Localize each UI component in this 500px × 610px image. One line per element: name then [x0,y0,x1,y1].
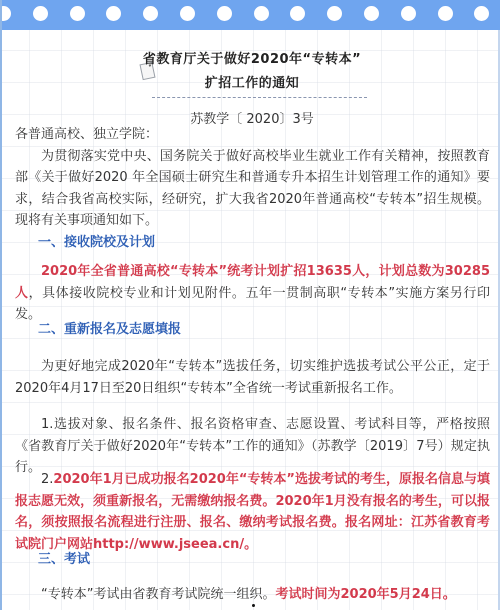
header-dot [474,6,489,21]
section-2-item-2: 2.2020年1月已成功报名2020年“专转本”选拔考试的考生，原报名信息与填报… [15,469,490,555]
salutation: 各普通高校、独立学院： [15,124,490,146]
header-dot [106,6,121,21]
title-line-1: 省教育厅关于做好2020年“专转本” [2,48,500,72]
section-2-paragraph-intro: 为更好地完成2020年“专转本”选拔任务，切实维护选拔考试公平公正，定于2020… [15,356,490,399]
section-heading-2: 二、重新报名及志愿填报 [38,320,181,340]
header-dot [217,6,232,21]
notice-page: 省教育厅关于做好2020年“专转本” 扩招工作的通知 苏教学〔 2020〕3号 … [0,0,500,610]
section-heading-3: 三、考试 [38,550,90,570]
header-dot [143,6,158,21]
header-dot [2,6,11,21]
header-dot [180,6,195,21]
notice-title: 省教育厅关于做好2020年“专转本” 扩招工作的通知 [2,48,500,96]
highlight-text: 考试时间为2020年5月24日。 [275,587,455,602]
item-prefix: 2. [41,472,53,487]
section-1-paragraph: 2020年全省普通高校“专转本”统考计划扩招13635人，计划总数为30285人… [15,261,490,326]
normal-text: “专转本”考试由省教育考试院统一组织。 [41,587,275,602]
highlight-text: 2020年1月已成功报名2020年“专转本”选拔考试的考生，原报名信息与填报志愿… [15,472,490,552]
cursor-dot [252,604,255,607]
title-divider [152,97,367,98]
header-dot [290,6,305,21]
title-line-2: 扩招工作的通知 [2,72,500,96]
section-heading-1: 一、接收院校及计划 [38,233,155,253]
intro-paragraph: 为贯彻落实党中央、国务院关于做好高校毕业生就业工作有关精神，按照教育部《关于做好… [15,146,490,232]
normal-text: ，具体接收院校专业和计划见附件。五年一贯制高职“专转本”实施方案另行印发。 [15,286,490,323]
section-3-paragraph: “专转本”考试由省教育考试院统一组织。考试时间为2020年5月24日。 [15,584,490,606]
header-dot [254,6,269,21]
header-dot [438,6,453,21]
header-dot [33,6,48,21]
header-dot [401,6,416,21]
header-dot [327,6,342,21]
header-dot [364,6,379,21]
header-band [2,0,500,30]
header-dot [70,6,85,21]
